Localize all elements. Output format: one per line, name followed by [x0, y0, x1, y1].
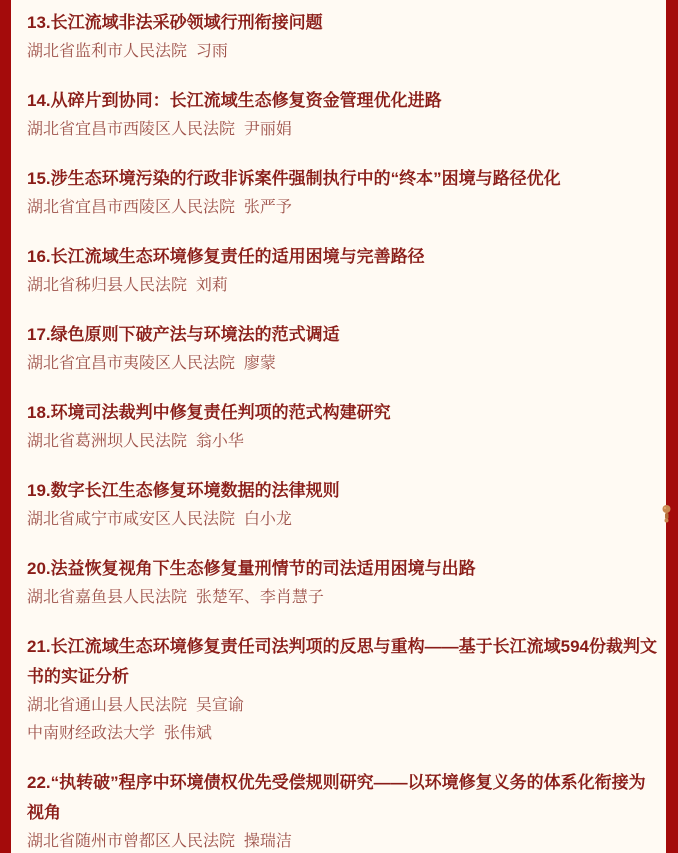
- entry-title: 21.长江流域生态环境修复责任司法判项的反思与重构——基于长江流域594份裁判文…: [27, 632, 658, 692]
- entry-title: 15.涉生态环境污染的行政非诉案件强制执行中的“终本”困境与路径优化: [27, 164, 658, 194]
- entry-author: 湖北省监利市人民法院 习雨: [27, 38, 658, 66]
- entry-title: 22.“执转破”程序中环境债权优先受偿规则研究——以环境修复义务的体系化衔接为视…: [27, 768, 658, 828]
- entry-author: 湖北省随州市曾都区人民法院 操瑞洁: [27, 828, 658, 853]
- entry: 15.涉生态环境污染的行政非诉案件强制执行中的“终本”困境与路径优化 湖北省宜昌…: [27, 164, 658, 222]
- entry-author: 湖北省葛洲坝人民法院 翁小华: [27, 428, 658, 456]
- entry-author: 湖北省秭归县人民法院 刘莉: [27, 272, 658, 300]
- entry-title: 19.数字长江生态修复环境数据的法律规则: [27, 476, 658, 506]
- entry-author: 湖北省宜昌市西陵区人民法院 尹丽娟: [27, 116, 658, 144]
- entry: 21.长江流域生态环境修复责任司法判项的反思与重构——基于长江流域594份裁判文…: [27, 632, 658, 748]
- entry-author: 湖北省咸宁市咸安区人民法院 白小龙: [27, 506, 658, 534]
- left-border: [0, 0, 11, 853]
- entry-title: 18.环境司法裁判中修复责任判项的范式构建研究: [27, 398, 658, 428]
- entry: 16.长江流域生态环境修复责任的适用困境与完善路径 湖北省秭归县人民法院 刘莉: [27, 242, 658, 300]
- entry-author: 湖北省嘉鱼县人民法院 张楚军、李肖慧子: [27, 584, 658, 612]
- article-list: 13.长江流域非法采砂领域行刑衔接问题 湖北省监利市人民法院 习雨 14.从碎片…: [11, 0, 666, 853]
- right-border: [666, 0, 678, 853]
- entry-title: 13.长江流域非法采砂领域行刑衔接问题: [27, 8, 658, 38]
- entry: 18.环境司法裁判中修复责任判项的范式构建研究 湖北省葛洲坝人民法院 翁小华: [27, 398, 658, 456]
- entry: 17.绿色原则下破产法与环境法的范式调适 湖北省宜昌市夷陵区人民法院 廖蒙: [27, 320, 658, 378]
- entry: 20.法益恢复视角下生态修复量刑情节的司法适用困境与出路 湖北省嘉鱼县人民法院 …: [27, 554, 658, 612]
- entry-author: 湖北省宜昌市夷陵区人民法院 廖蒙: [27, 350, 658, 378]
- entry: 14.从碎片到协同：长江流域生态修复资金管理优化进路 湖北省宜昌市西陵区人民法院…: [27, 86, 658, 144]
- entry-author: 湖北省通山县人民法院 吴宣谕: [27, 692, 658, 720]
- entry-title: 14.从碎片到协同：长江流域生态修复资金管理优化进路: [27, 86, 658, 116]
- entry-title: 20.法益恢复视角下生态修复量刑情节的司法适用困境与出路: [27, 554, 658, 584]
- entry-title: 17.绿色原则下破产法与环境法的范式调适: [27, 320, 658, 350]
- entry-title: 16.长江流域生态环境修复责任的适用困境与完善路径: [27, 242, 658, 272]
- entry: 22.“执转破”程序中环境债权优先受偿规则研究——以环境修复义务的体系化衔接为视…: [27, 768, 658, 853]
- gold-ornament-icon: [662, 504, 671, 524]
- entry-author: 湖北省宜昌市西陵区人民法院 张严予: [27, 194, 658, 222]
- entry-author: 中南财经政法大学 张伟斌: [27, 720, 658, 748]
- entry: 19.数字长江生态修复环境数据的法律规则 湖北省咸宁市咸安区人民法院 白小龙: [27, 476, 658, 534]
- entry: 13.长江流域非法采砂领域行刑衔接问题 湖北省监利市人民法院 习雨: [27, 8, 658, 66]
